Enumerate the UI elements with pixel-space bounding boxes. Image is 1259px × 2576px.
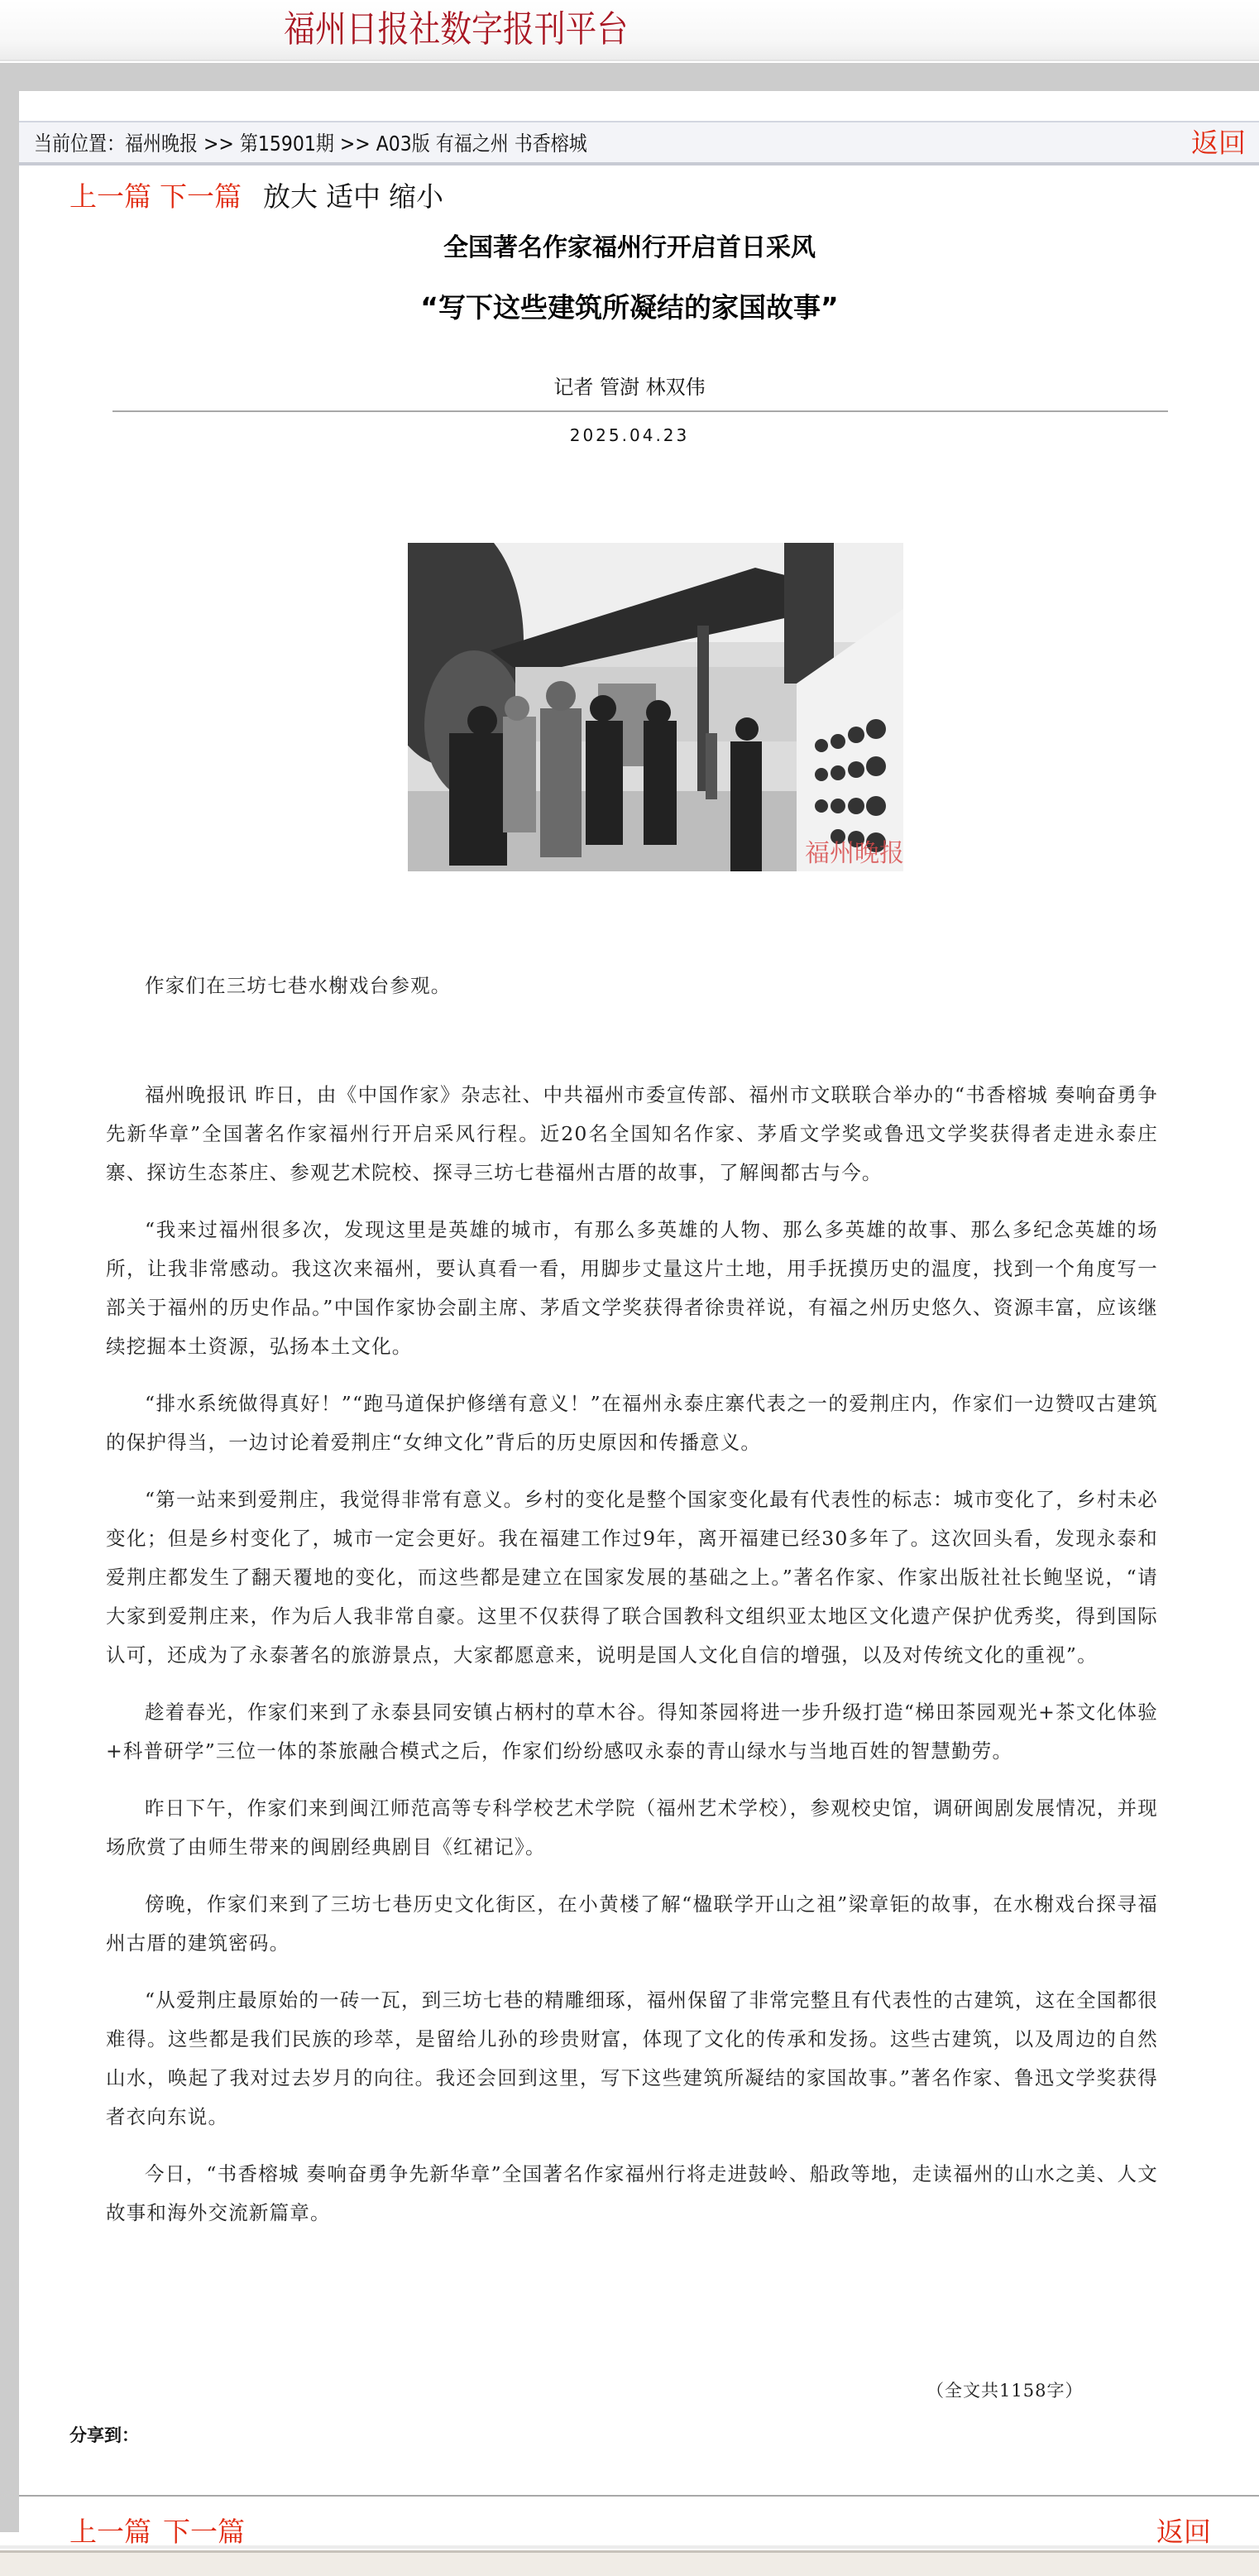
article-toolbar: 上一篇下一篇放大适中缩小 [69,180,452,213]
left-frame-border [0,91,19,2532]
article-photo[interactable]: 福州晚报 [408,543,903,871]
prev-article-link[interactable]: 上一篇 [69,180,151,213]
article-paragraph: 今日，“书香榕城 奏响奋勇争先新华章”全国著名作家福州行将走进鼓岭、船政等地，走… [106,2155,1158,2233]
next-article-link-bottom[interactable]: 下一篇 [163,2516,245,2548]
page-bottom-strip [0,2550,1259,2576]
article-paragraph: 福州晚报讯 昨日，由《中国作家》杂志社、中共福州市委宣传部、福州市文联联合举办的… [106,1076,1158,1192]
back-button-bottom[interactable]: 返回 [1156,2516,1211,2549]
next-article-link[interactable]: 下一篇 [160,180,242,213]
article-paragraph: “排水系统做得真好！”“跑马道保护修缮有意义！”在福州永泰庄寨代表之一的爱荆庄内… [106,1384,1158,1462]
back-button-top[interactable]: 返回 [1191,128,1246,158]
article-author: 记者 管澍 林双伟 [0,374,1259,401]
zoom-out-button[interactable]: 缩小 [389,180,443,213]
footer-separator [0,2545,1259,2549]
article-paragraph: “第一站来到爱荆庄，我觉得非常有意义。乡村的变化是整个国家变化最有代表性的标志：… [106,1480,1158,1675]
article-title: 全国著名作家福州行开启首日采风 [0,232,1259,265]
article-body: 作家们在三坊七巷水榭戏台参观。 福州晚报讯 昨日，由《中国作家》杂志社、中共福州… [106,967,1158,2251]
site-header: 福州日报社数字报刊平台 [0,0,1259,61]
photo-writers-visiting-icon: 福州晚报 [408,543,903,871]
photo-watermark: 福州晚报 [805,839,903,868]
site-logo-title[interactable]: 福州日报社数字报刊平台 [284,7,628,53]
zoom-in-button[interactable]: 放大 [263,180,318,213]
article-paragraph: “我来过福州很多次，发现这里是英雄的城市，有那么多英雄的人物、那么多英雄的故事、… [106,1211,1158,1366]
zoom-fit-button[interactable]: 适中 [326,180,381,213]
breadcrumb[interactable]: 当前位置：福州晚报 >> 第15901期 >> A03版 有福之州 书香榕城 [34,131,587,157]
article-paragraph: 傍晚，作家们来到了三坊七巷历史文化街区，在小黄楼了解“楹联学开山之祖”梁章钜的故… [106,1885,1158,1963]
prev-article-link-bottom[interactable]: 上一篇 [69,2516,151,2548]
share-label: 分享到： [69,2423,139,2448]
article-paragraph: 趁着春光，作家们来到了永泰县同安镇占柄村的草木谷。得知茶园将进一步升级打造“梯田… [106,1693,1158,1771]
article-date: 2025.04.23 [0,424,1259,447]
footer-divider [19,2495,1259,2497]
author-divider [112,410,1168,412]
header-gray-band [0,63,1259,91]
article-subtitle: “写下这些建筑所凝结的家国故事” [0,290,1259,326]
word-count: （全文共1158字） [926,2378,1083,2403]
breadcrumb-bar: 当前位置：福州晚报 >> 第15901期 >> A03版 有福之州 书香榕城 返… [19,121,1259,165]
photo-caption: 作家们在三坊七巷水榭戏台参观。 [106,967,1158,1005]
article-paragraph: “从爱荆庄最原始的一砖一瓦，到三坊七巷的精雕细琢，福州保留了非常完整且有代表性的… [106,1981,1158,2137]
footer-nav: 上一篇下一篇 [69,2516,256,2549]
article-paragraph: 昨日下午，作家们来到闽江师范高等专科学校艺术学院（福州艺术学校），参观校史馆，调… [106,1789,1158,1867]
